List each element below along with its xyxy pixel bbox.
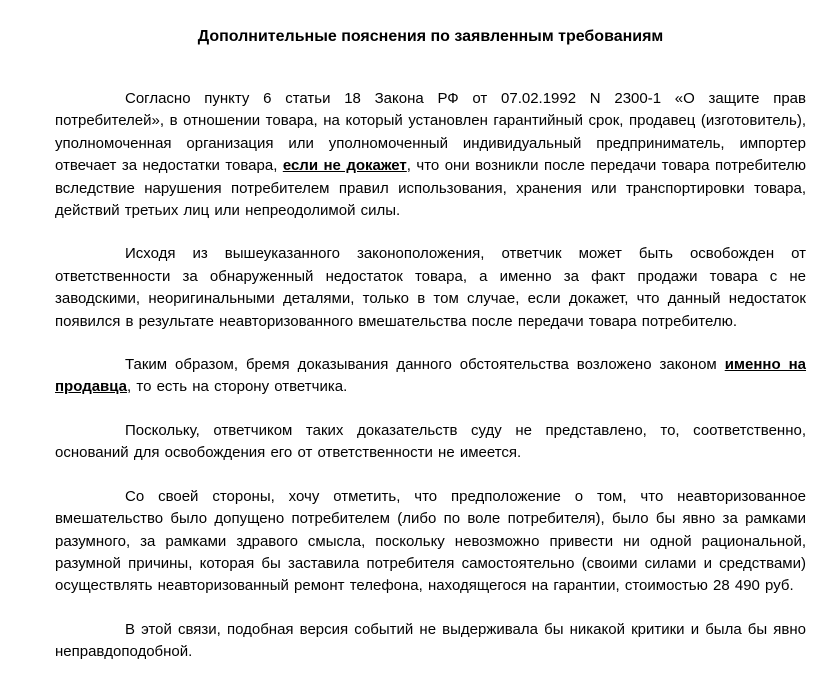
text-segment: Со своей стороны, хочу отметить, что пре… (55, 488, 806, 595)
paragraph: Исходя из вышеуказанного законоположения… (55, 243, 806, 333)
paragraph: В этой связи, подобная версия событий не… (55, 619, 806, 664)
document-page: Дополнительные пояснения по заявленным т… (0, 0, 832, 700)
text-segment: В этой связи, подобная версия событий не… (55, 621, 806, 660)
text-segment: , то есть на сторону ответчика. (127, 378, 347, 395)
paragraph: Со своей стороны, хочу отметить, что пре… (55, 486, 806, 598)
text-segment: Таким образом, бремя доказывания данного… (125, 356, 725, 373)
text-segment: Исходя из вышеуказанного законоположения… (55, 245, 806, 329)
paragraph: Поскольку, ответчиком таких доказательст… (55, 420, 806, 465)
document-title: Дополнительные пояснения по заявленным т… (55, 27, 806, 46)
text-segment: Поскольку, ответчиком таких доказательст… (55, 422, 806, 461)
emphasized-text: если не докажет (283, 157, 407, 174)
paragraph: Согласно пункту 6 статьи 18 Закона РФ от… (55, 88, 806, 222)
paragraph: Таким образом, бремя доказывания данного… (55, 354, 806, 399)
document-body: Согласно пункту 6 статьи 18 Закона РФ от… (55, 88, 806, 664)
